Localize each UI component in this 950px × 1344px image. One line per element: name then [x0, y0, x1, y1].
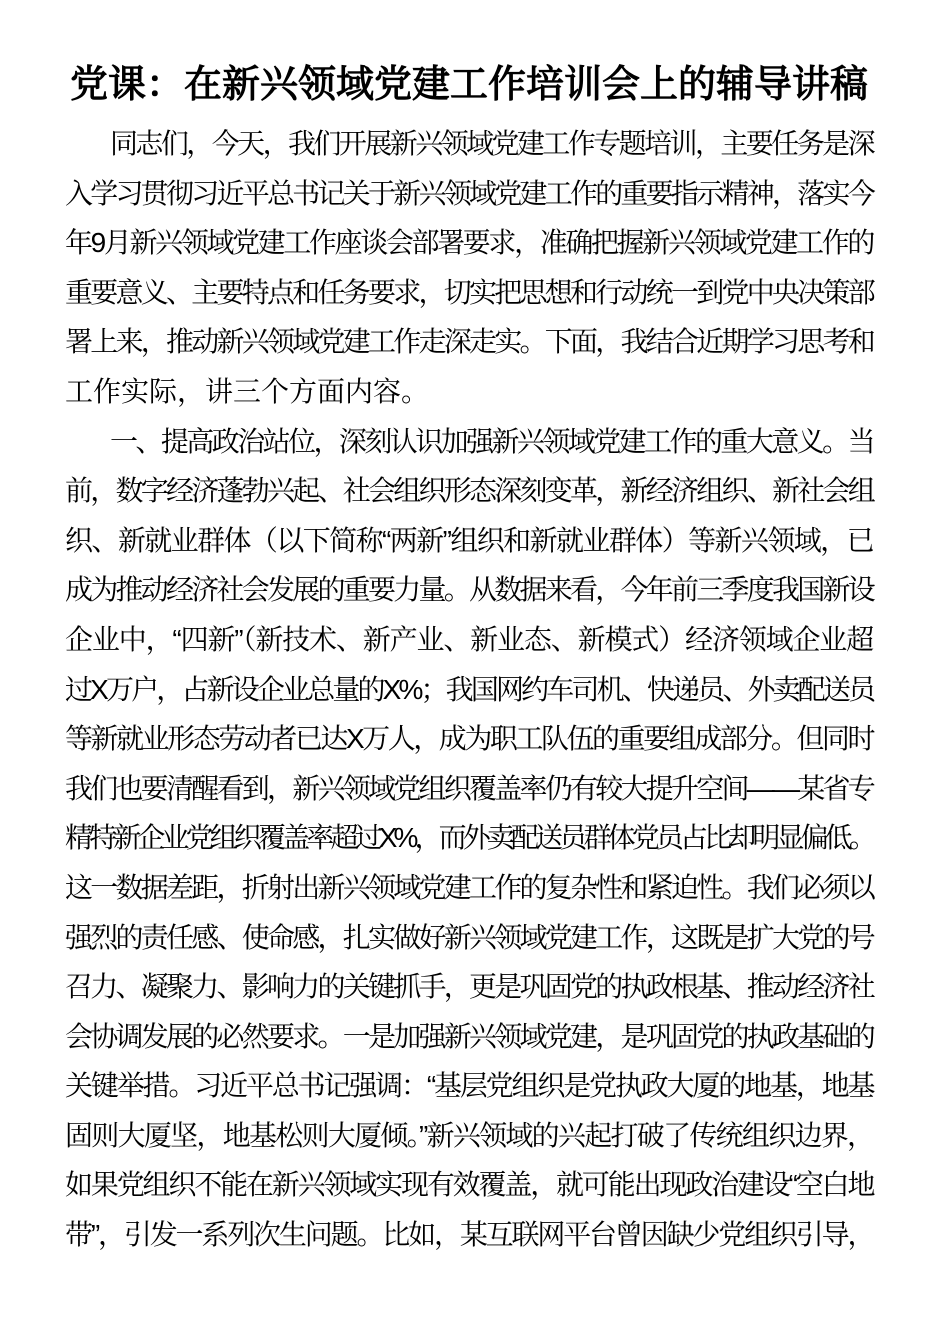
- text-line: 如果党组织不能在新兴领域实现有效覆盖，就可能出现政治建设“空白地: [65, 1160, 873, 1210]
- text-line: 织、新就业群体（以下简称“两新”组织和新就业群体）等新兴领域，已: [65, 516, 873, 566]
- document-content: 党课：在新兴领域党建工作培训会上的辅导讲稿 同志们，今天，我们开展新兴领域党建工…: [65, 56, 873, 1260]
- text-line: 这一数据差距，折射出新兴领域党建工作的复杂性和紧迫性。我们必须以: [65, 863, 873, 913]
- text-line: 强烈的责任感、使命感，扎实做好新兴领域党建工作，这既是扩大党的号: [65, 913, 873, 963]
- text-line: 同志们，今天，我们开展新兴领域党建工作专题培训，主要任务是深: [65, 119, 873, 169]
- text-line: 关键举措。习近平总书记强调：“基层党组织是党执政大厦的地基，地基: [65, 1061, 873, 1111]
- text-line: 过X万户，占新设企业总量的X%；我国网约车司机、快递员、外卖配送员: [65, 665, 873, 715]
- text-line: 等新就业形态劳动者已达X万人，成为职工队伍的重要组成部分。但同时: [65, 714, 873, 764]
- document-page: 党课：在新兴领域党建工作培训会上的辅导讲稿 同志们，今天，我们开展新兴领域党建工…: [0, 0, 950, 1344]
- text-line: 入学习贯彻习近平总书记关于新兴领域党建工作的重要指示精神，落实今: [65, 169, 873, 219]
- text-line: 带”，引发一系列次生问题。比如，某互联网平台曾因缺少党组织引导，: [65, 1210, 873, 1260]
- text-line: 精特新企业党组织覆盖率超过X%，而外卖配送员群体党员占比却明显偏低。: [65, 813, 873, 863]
- document-body: 同志们，今天，我们开展新兴领域党建工作专题培训，主要任务是深入学习贯彻习近平总书…: [65, 119, 873, 1260]
- text-line: 署上来，推动新兴领域党建工作走深走实。下面，我结合近期学习思考和: [65, 317, 873, 367]
- text-line: 召力、凝聚力、影响力的关键抓手，更是巩固党的执政根基、推动经济社: [65, 962, 873, 1012]
- text-line: 工作实际，讲三个方面内容。: [65, 367, 873, 417]
- text-line: 成为推动经济社会发展的重要力量。从数据来看，今年前三季度我国新设: [65, 565, 873, 615]
- text-line: 会协调发展的必然要求。一是加强新兴领域党建，是巩固党的执政基础的: [65, 1012, 873, 1062]
- text-line: 前，数字经济蓬勃兴起、社会组织形态深刻变革，新经济组织、新社会组: [65, 466, 873, 516]
- text-line: 企业中，“四新”（新技术、新产业、新业态、新模式）经济领域企业超: [65, 615, 873, 665]
- text-line: 固则大厦坚，地基松则大厦倾。”新兴领域的兴起打破了传统组织边界，: [65, 1111, 873, 1161]
- text-line: 一、提高政治站位，深刻认识加强新兴领域党建工作的重大意义。当: [65, 417, 873, 467]
- document-title: 党课：在新兴领域党建工作培训会上的辅导讲稿: [65, 56, 873, 114]
- text-line: 我们也要清醒看到，新兴领域党组织覆盖率仍有较大提升空间——某省专: [65, 764, 873, 814]
- text-line: 年9月新兴领域党建工作座谈会部署要求，准确把握新兴领域党建工作的: [65, 218, 873, 268]
- text-line: 重要意义、主要特点和任务要求，切实把思想和行动统一到党中央决策部: [65, 268, 873, 318]
